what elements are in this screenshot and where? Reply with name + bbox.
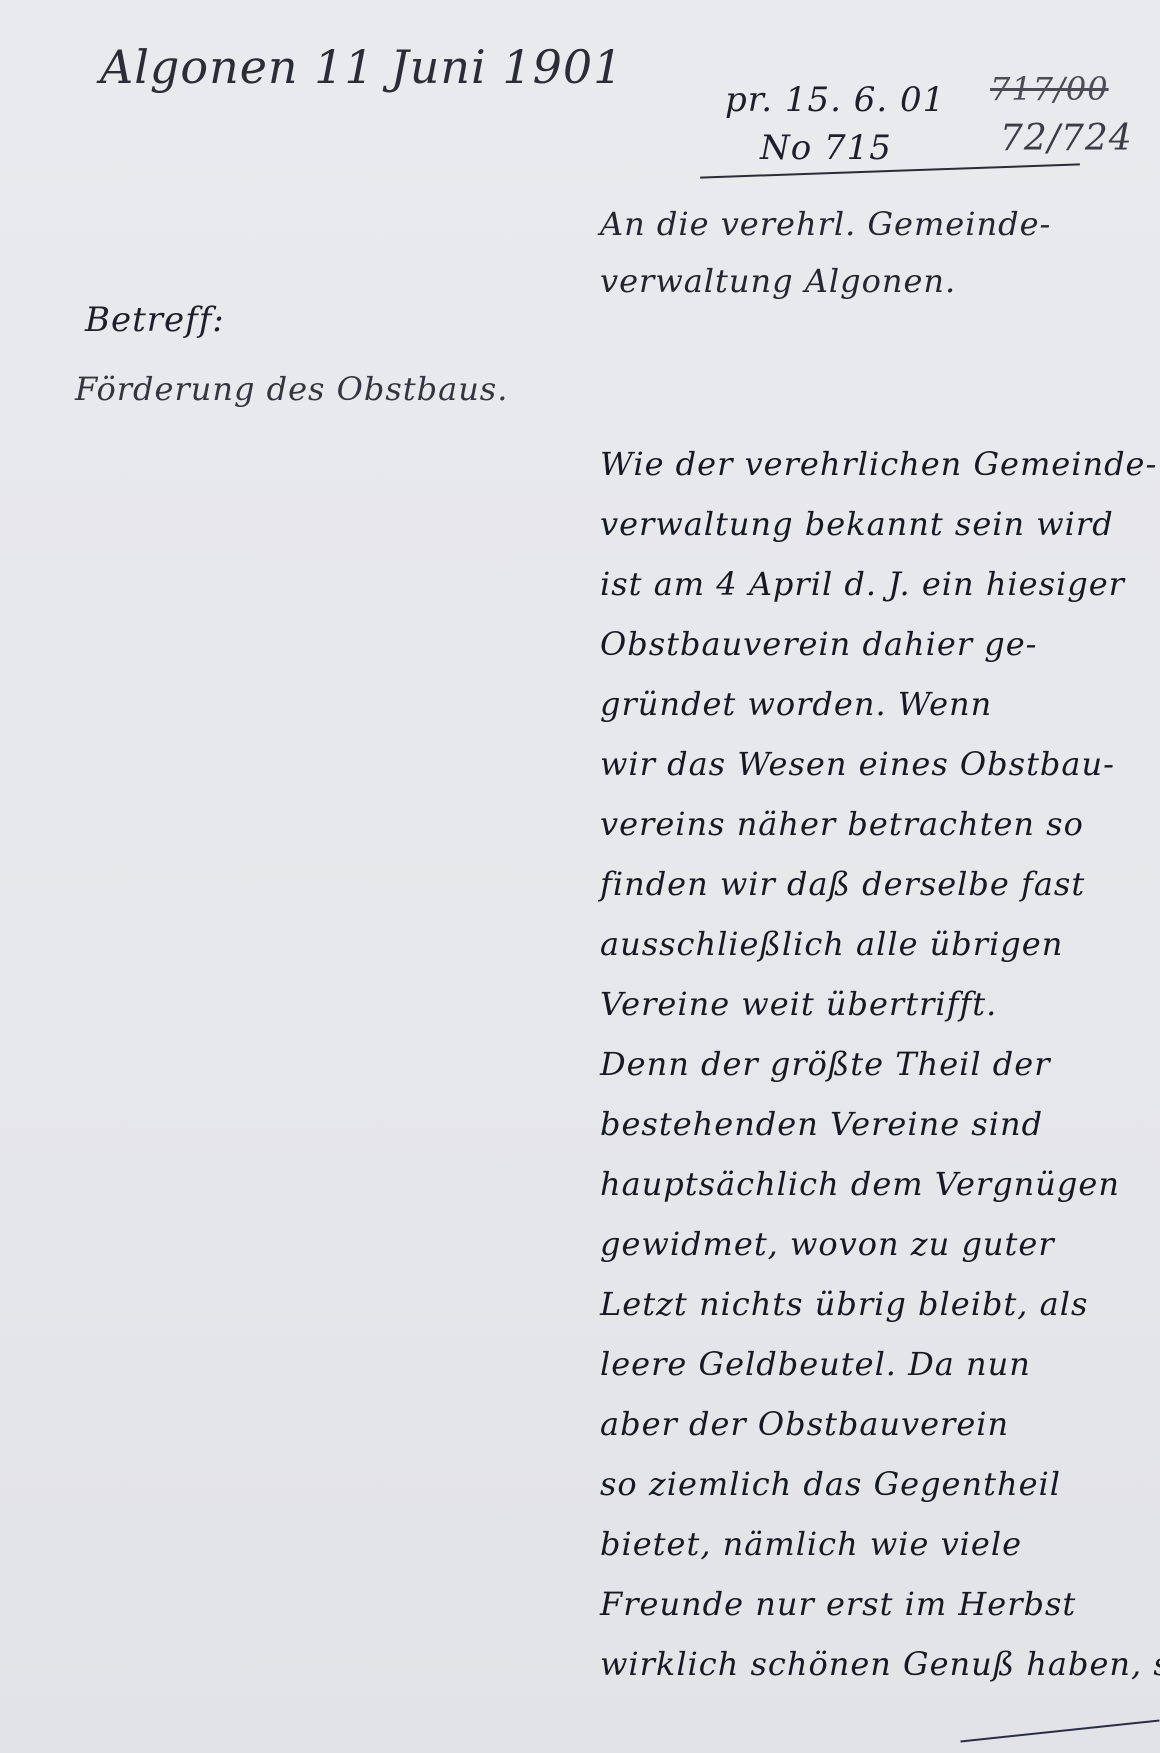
body-line: ist am 4 April d. J. ein hiesiger <box>600 565 1125 603</box>
body-line: verwaltung bekannt sein wird <box>600 505 1114 543</box>
body-line: gewidmet, wovon zu guter <box>600 1225 1055 1263</box>
body-line: Denn der größte Theil der <box>600 1045 1051 1083</box>
receipt-number: No 715 <box>760 128 892 168</box>
body-line: bestehenden Vereine sind <box>600 1105 1043 1143</box>
body-line: ausschließlich alle übrigen <box>600 925 1063 963</box>
body-line: wirklich schönen Genuß haben, so <box>600 1645 1160 1683</box>
body-line: finden wir daß derselbe fast <box>600 865 1085 903</box>
new-reference: 72/724 <box>1000 118 1133 159</box>
body-line: leere Geldbeutel. Da nun <box>600 1345 1031 1383</box>
body-line: Letzt nichts übrig bleibt, als <box>600 1285 1088 1323</box>
body-line: bietet, nämlich wie viele <box>600 1525 1022 1563</box>
receipt-date: pr. 15. 6. 01 <box>725 80 945 120</box>
subject-label: Betreff: <box>85 300 225 340</box>
body-line: so ziemlich das Gegentheil <box>600 1465 1061 1503</box>
old-reference-crossed: 717/00 <box>990 70 1109 108</box>
document-page: Algonen 11 Juni 1901 pr. 15. 6. 01 No 71… <box>0 0 1160 1753</box>
place-date: Algonen 11 Juni 1901 <box>100 40 623 94</box>
body-line: Wie der verehrlichen Gemeinde- <box>600 445 1157 483</box>
body-line: vereins näher betrachten so <box>600 805 1084 843</box>
body-line: aber der Obstbauverein <box>600 1405 1009 1443</box>
body-line: Obstbauverein dahier ge- <box>600 625 1037 663</box>
body-line: Freunde nur erst im Herbst <box>600 1585 1076 1623</box>
body-line: wir das Wesen eines Obstbau- <box>600 745 1115 783</box>
body-line: gründet worden. Wenn <box>600 685 992 723</box>
addressee-line: verwaltung Algonen. <box>600 262 956 300</box>
subject-text: Förderung des Obstbaus. <box>75 370 508 408</box>
pen-stroke <box>960 1720 1159 1743</box>
body-line: Vereine weit übertrifft. <box>600 985 997 1023</box>
addressee-line: An die verehrl. Gemeinde- <box>600 205 1051 243</box>
body-line: hauptsächlich dem Vergnügen <box>600 1165 1120 1203</box>
